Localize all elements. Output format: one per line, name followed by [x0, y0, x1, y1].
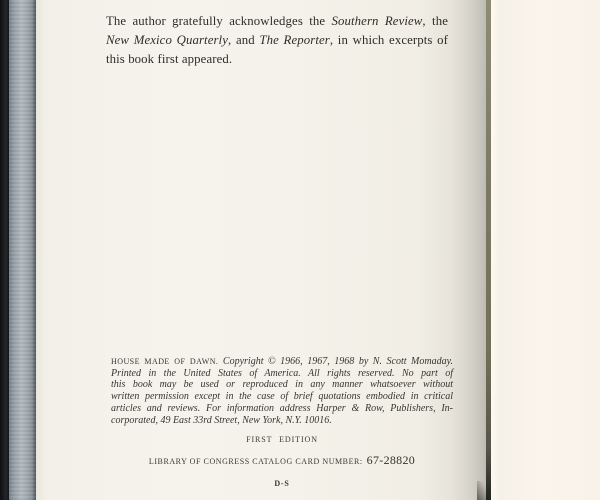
text-segment: this book first appeared.	[106, 52, 232, 66]
loc-catalog-label: LIBRARY OF CONGRESS CATALOG CARD NUMBER:	[149, 457, 363, 466]
library-of-congress-line: LIBRARY OF CONGRESS CATALOG CARD NUMBER:…	[111, 451, 453, 469]
text-segment: , the	[422, 14, 448, 28]
book-binding-cloth	[9, 0, 36, 500]
text-segment: corporated, 49 East 33rd Street, New Yor…	[111, 415, 332, 426]
book-copyright-page-photo: The author gratefully acknowledges the S…	[0, 0, 600, 500]
text-line: HOUSE MADE OF DAWN. Copyright © 1966, 19…	[111, 356, 453, 368]
text-line: articles and reviews. For information ad…	[111, 403, 453, 415]
text-line: this book may be used or reproduced in a…	[111, 379, 453, 391]
text-line: this book first appeared.	[106, 50, 448, 69]
text-segment: , in which excerpts of	[330, 33, 448, 47]
text-line: written permission except in the case of…	[111, 391, 453, 403]
loc-catalog-number: 67-28820	[367, 453, 415, 467]
text-segment: articles and reviews. For information ad…	[111, 403, 453, 414]
text-segment: Printed in the United States of America.…	[111, 368, 453, 379]
text-segment: , and	[228, 33, 259, 47]
text-line: The author gratefully acknowledges the S…	[106, 12, 448, 31]
text-line: corporated, 49 East 33rd Street, New Yor…	[111, 415, 453, 427]
text-segment: Copyright © 1966, 1967, 1968 by N. Scott…	[218, 356, 453, 367]
printer-code-text: D-S	[274, 479, 289, 488]
printer-code-line: D-S	[111, 479, 453, 488]
text-line: Printed in the United States of America.…	[111, 368, 453, 380]
first-edition-line: FIRST EDITION	[111, 435, 453, 444]
first-edition-text: FIRST EDITION	[246, 435, 318, 444]
text-segment: The author gratefully acknowledges the	[106, 14, 332, 28]
copyright-paragraph: HOUSE MADE OF DAWN. Copyright © 1966, 19…	[111, 356, 453, 426]
bottom-page-gap-shadow	[477, 481, 488, 500]
acknowledgment-paragraph: The author gratefully acknowledges the S…	[106, 12, 448, 70]
text-segment: The Reporter	[259, 33, 329, 47]
text-segment: New Mexico Quarterly	[106, 33, 228, 47]
book-cover-edge	[0, 0, 9, 500]
text-line: New Mexico Quarterly, and The Reporter, …	[106, 31, 448, 50]
text-segment: Southern Review	[332, 14, 423, 28]
small-caps-book-title: HOUSE MADE OF DAWN.	[111, 357, 218, 366]
text-segment: this book may be used or reproduced in a…	[111, 379, 453, 390]
text-segment: written permission except in the case of…	[111, 391, 453, 402]
next-page-edge	[491, 0, 600, 500]
